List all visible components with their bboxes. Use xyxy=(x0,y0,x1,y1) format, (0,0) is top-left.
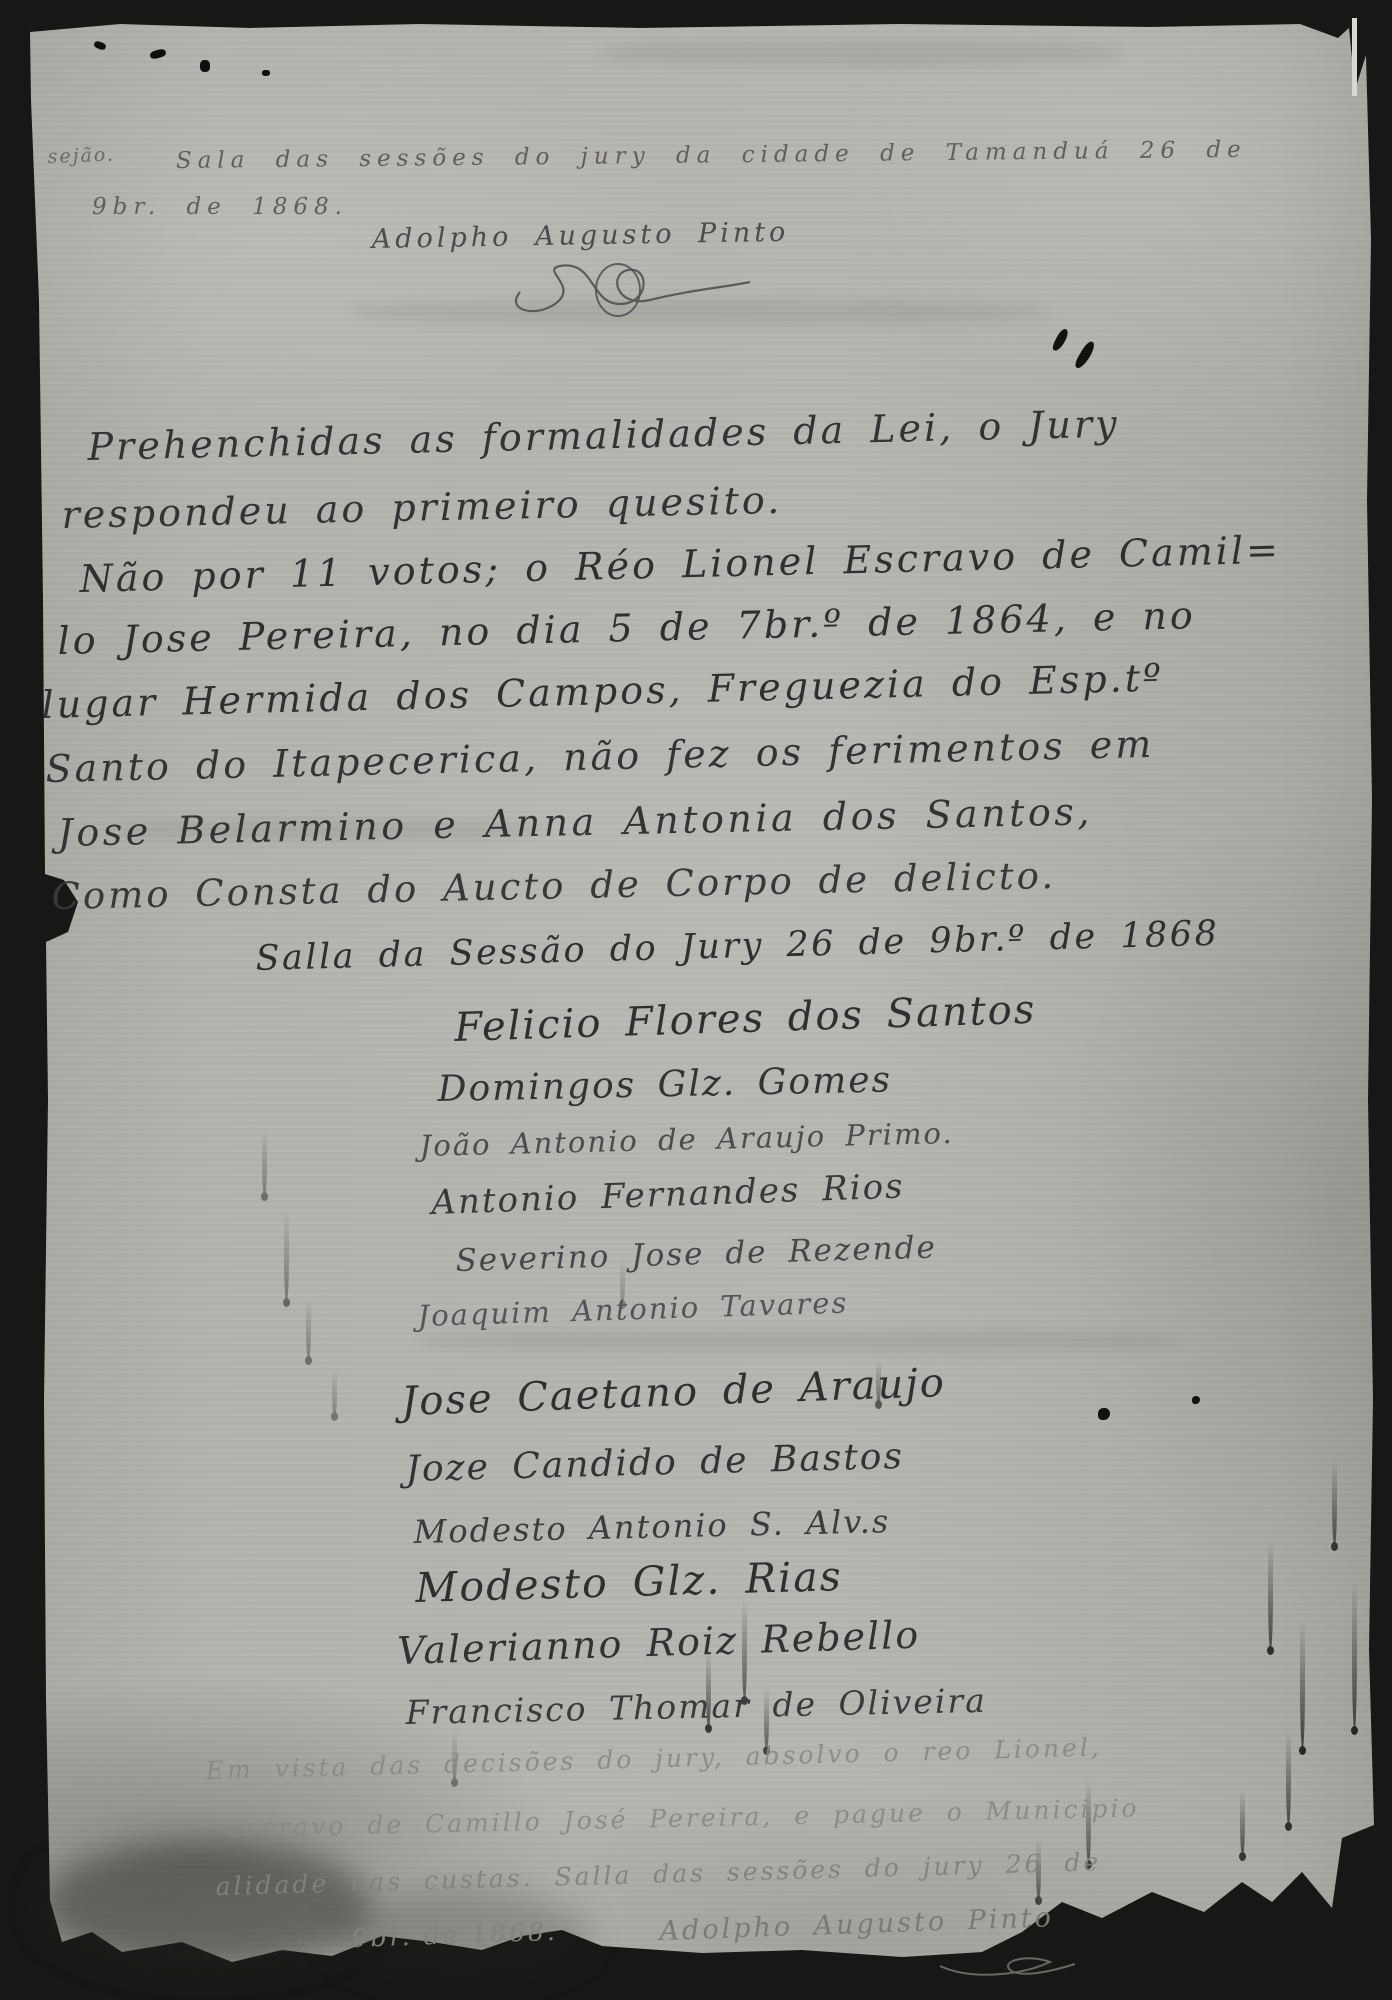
paper-damage-speck xyxy=(200,60,210,72)
ink-drip xyxy=(1352,1580,1357,1730)
header-line-2: 9br. de 1868. xyxy=(92,196,348,219)
presiding-judge-signature: Adolpho Augusto Pinto xyxy=(372,219,790,253)
verdict-date: 9br. de 1868. xyxy=(351,1919,558,1951)
ink-drip xyxy=(332,1370,337,1416)
ink-drip xyxy=(262,1130,267,1196)
jury-signature-9: Modesto Antonio S. Alv.s xyxy=(413,1505,890,1548)
judge-signature-flourish xyxy=(930,1946,1080,1982)
ink-drip xyxy=(1332,1460,1337,1546)
film-scratch xyxy=(1352,18,1357,96)
ink-drip xyxy=(284,1210,289,1302)
showthrough-streak xyxy=(420,1330,1180,1352)
paper-damage-speck xyxy=(262,70,270,76)
ink-drip xyxy=(1240,1790,1245,1856)
margin-note: sejão. xyxy=(47,146,115,167)
jury-signature-2: Domingos Glz. Gomes xyxy=(437,1062,892,1108)
ink-drip xyxy=(1268,1540,1273,1650)
signature-flourish xyxy=(500,252,760,322)
scanned-manuscript-page: sejão. Sala das sessões do jury da cidad… xyxy=(0,0,1392,2000)
jury-signature-10: Modesto Glz. Rias xyxy=(415,1556,843,1609)
showthrough-streak xyxy=(600,40,1120,66)
paper-stain xyxy=(40,1840,370,1970)
ink-drip xyxy=(306,1300,311,1360)
ink-drip xyxy=(1286,1730,1291,1826)
ink-drip xyxy=(1300,1620,1305,1750)
